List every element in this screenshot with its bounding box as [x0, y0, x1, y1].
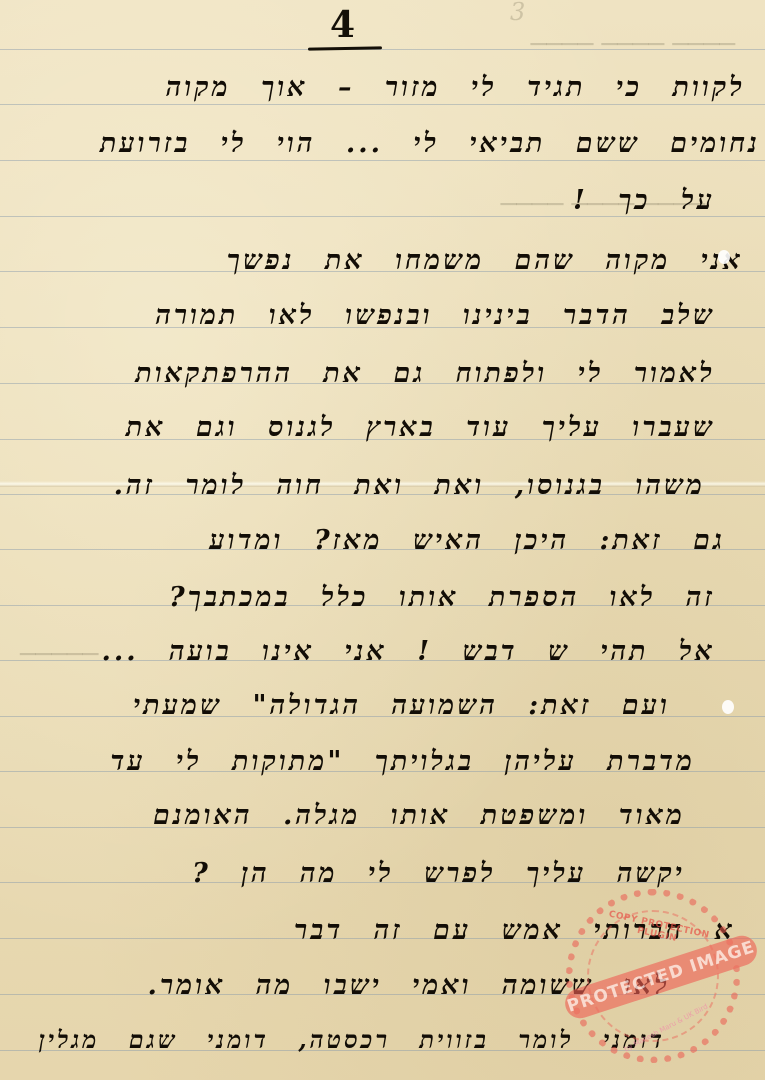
handwritten-line: משהו בגנוסו, ואת ואת חוה לומר זה.: [114, 470, 705, 501]
handwritten-line: יקשה עליך לפרש לי מה הן ?: [192, 858, 685, 889]
paper-hole: [722, 700, 734, 714]
handwritten-line: על כך !: [573, 185, 715, 216]
handwritten-line: אני מקוה שהם משמחו את נפשך: [227, 245, 743, 276]
handwritten-line: גם זאת: היכן האיש מאז? ומדוע: [209, 525, 725, 556]
handwritten-line: זה לאו הספרת אותו כלל במכתבך?: [169, 582, 715, 613]
paper-hole: [718, 250, 730, 264]
handwritten-line: מאוד ומשפטת אותו מגלה. האומנם: [153, 800, 685, 831]
handwritten-line: שעברו עליך עוד בארץ לגנוס וגם את: [126, 412, 715, 443]
handwritten-line: אל תהי ש דבש ! אני אינו בועה ...: [101, 636, 715, 667]
handwritten-line: לאמור לי ולפתוח גם את ההרפתקאות: [135, 358, 715, 389]
handwritten-line: לקוות כי תגיד לי מזור – אוך מקוה: [166, 72, 745, 103]
handwritten-line: ועם זאת: השמועה הגדולה" שמעתי: [133, 690, 670, 721]
copy-protection-watermark: COPY PROTECTION PLUGIN PROTECTED IMAGE b…: [566, 889, 740, 1063]
letter-page: 3 ──── ──── ──── ──── ──── ──── ───── 4 …: [0, 0, 765, 1080]
handwritten-line: דומני לומר בזווית רכסטה, דומני שגם מגלין: [39, 1025, 665, 1055]
handwritten-line: נחומים ששם תביאי לי ... הוי לי בזרועת: [100, 128, 760, 159]
handwritten-line: שלב הדבר בינינו ובנפשו לאו תמורה: [155, 300, 715, 331]
handwritten-line: מדברת עליהן בגלויתך "מתוקות לי עד: [110, 746, 695, 777]
